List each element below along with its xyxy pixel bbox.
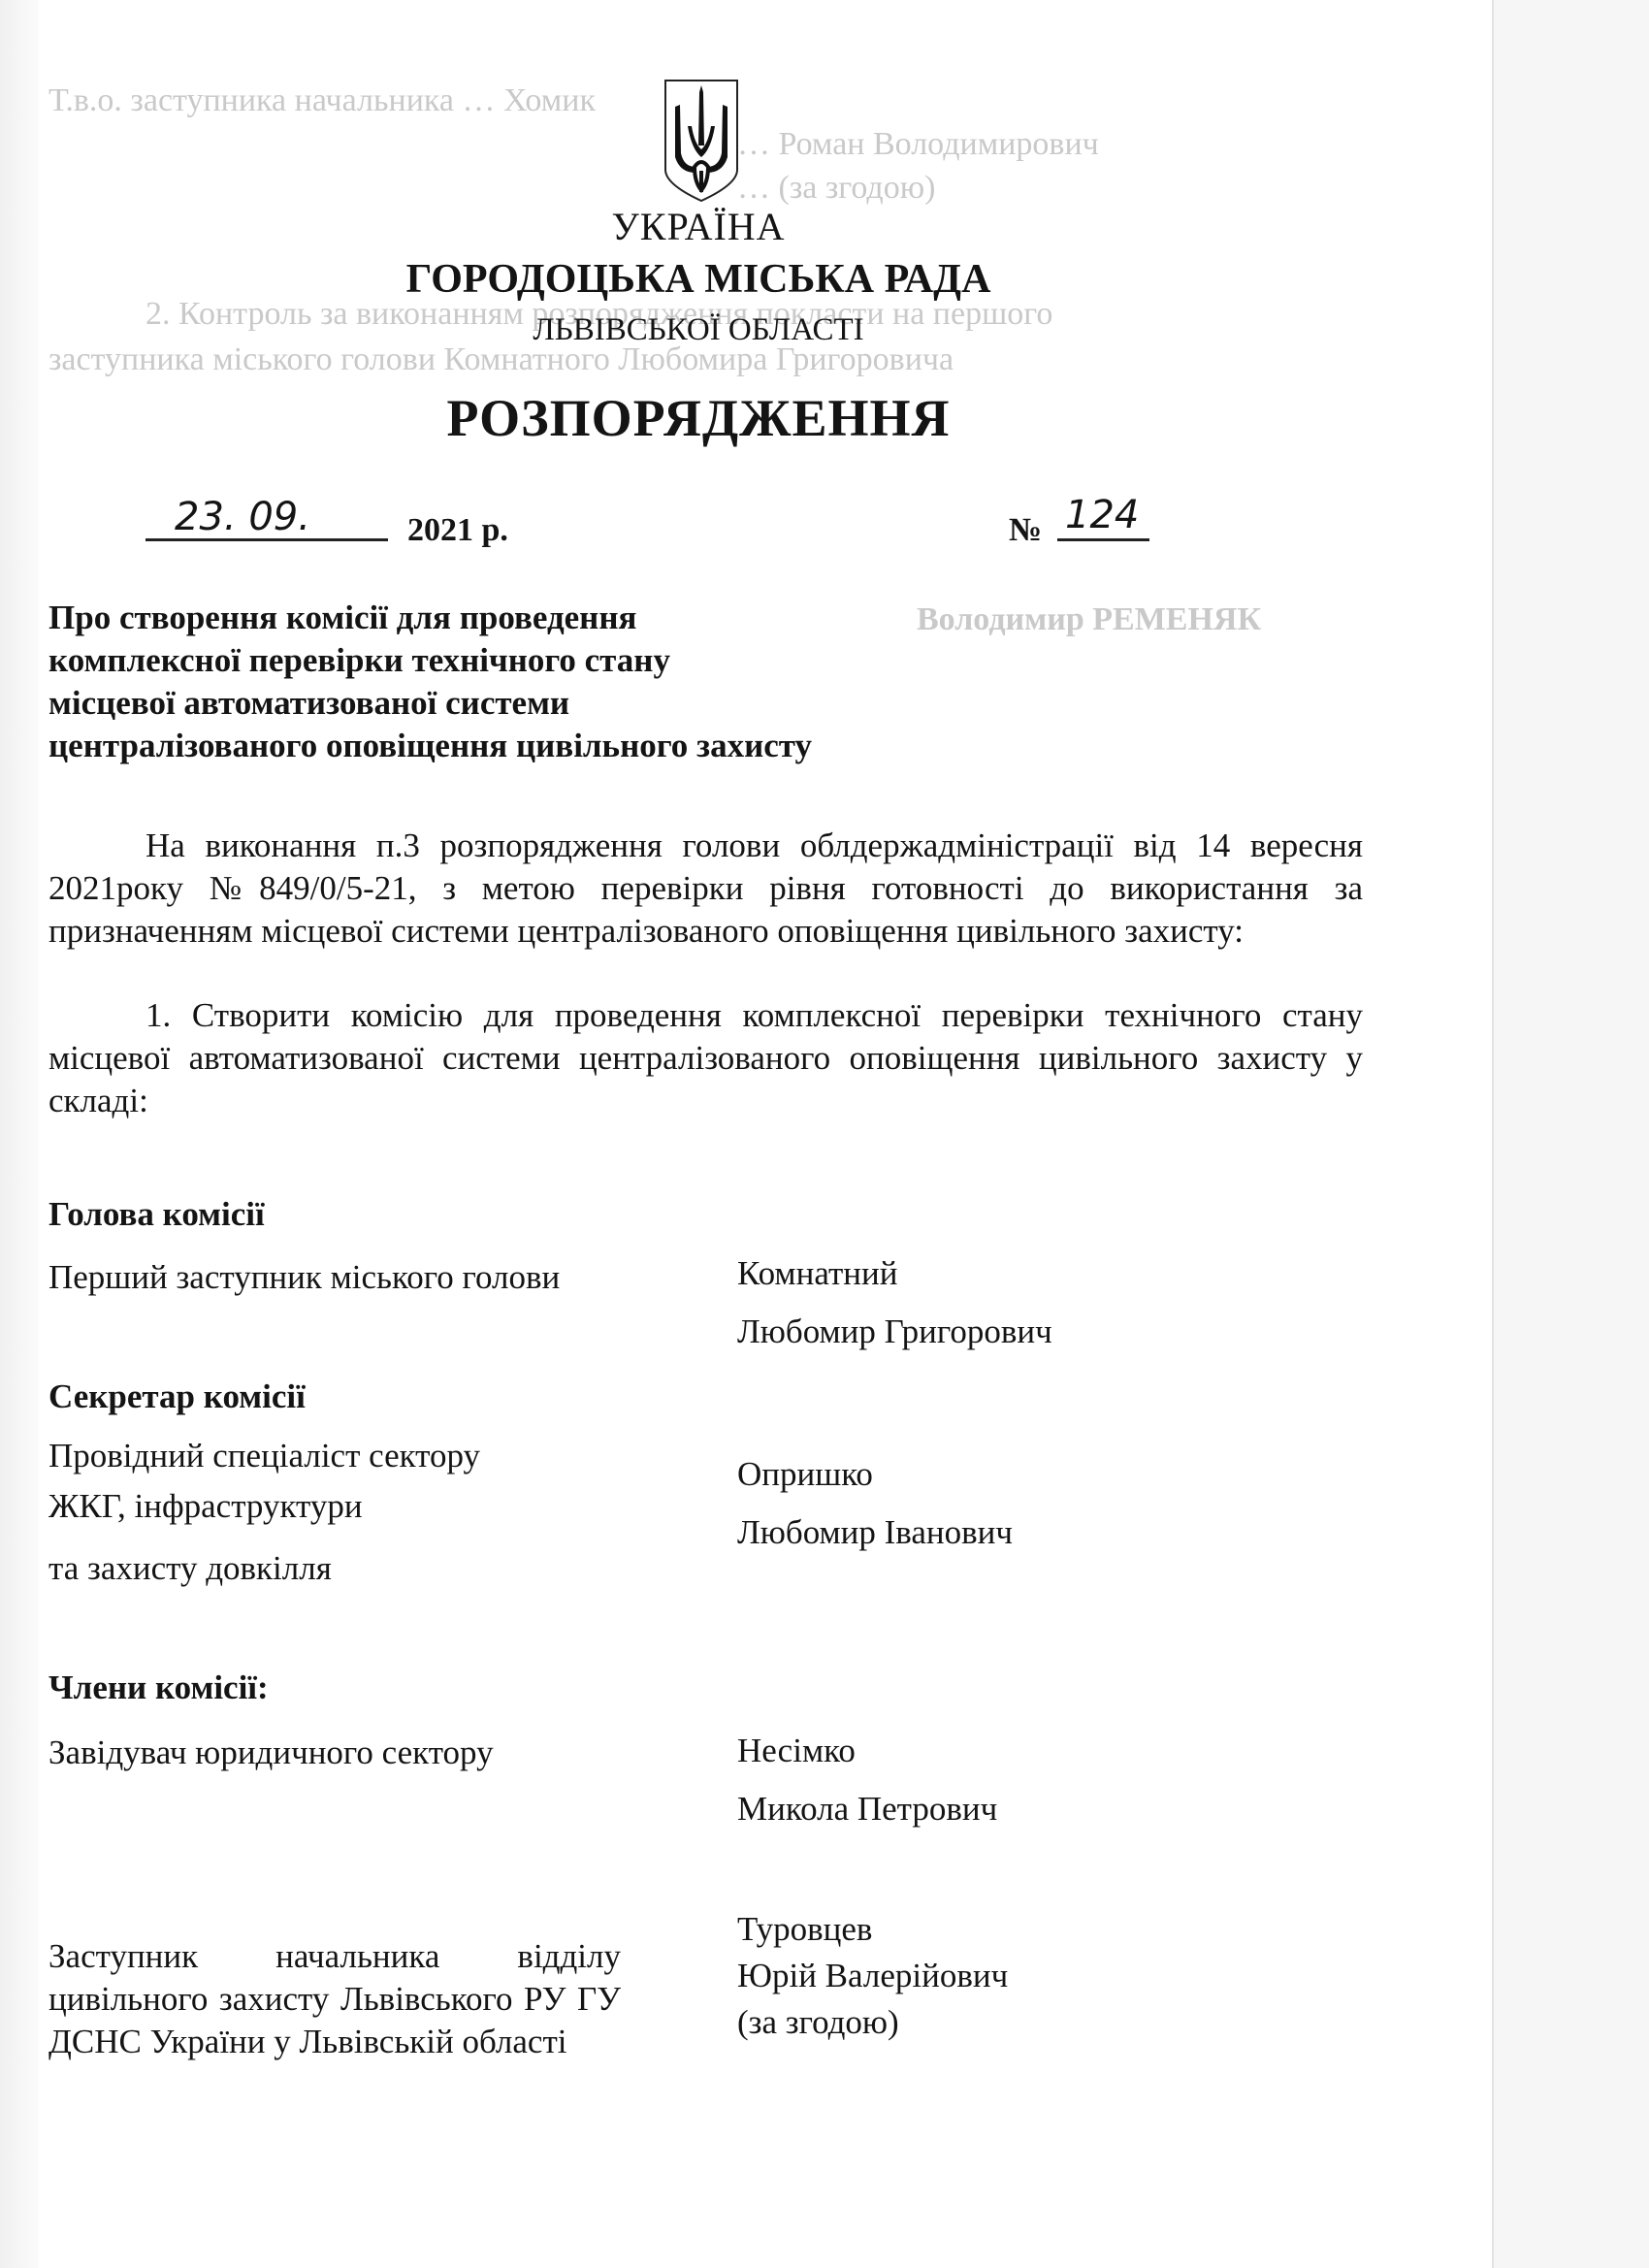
preamble-paragraph: На виконання п.3 розпорядження голови об…: [48, 825, 1363, 953]
title-line: Про створення комісії для проведення: [48, 597, 812, 639]
handwritten-number: 124: [1057, 493, 1149, 541]
trident-emblem-icon: [663, 78, 740, 204]
region-heading: ЛЬВІВСЬКОЇ ОБЛАСТІ: [0, 312, 1397, 348]
members-heading: Члени комісії:: [48, 1669, 269, 1707]
secretary-role-line: ЖКГ, інфраструктури: [48, 1481, 621, 1532]
council-heading: ГОРОДОЦЬКА МІСЬКА РАДА: [0, 256, 1397, 303]
title-line: комплексної перевірки технічного стану: [48, 639, 812, 682]
member-given-names: Юрій Валерійович: [737, 1953, 1008, 1999]
country-heading: УКРАЇНА: [0, 204, 1397, 249]
secretary-given-names: Любомир Іванович: [737, 1504, 1013, 1562]
secretary-surname: Опришко: [737, 1445, 1013, 1504]
document-title: Про створення комісії для проведення ком…: [48, 597, 812, 767]
member-surname: Туровцев: [737, 1906, 1008, 1953]
head-name: Комнатний Любомир Григорович: [737, 1245, 1052, 1361]
number-label: №: [1009, 512, 1042, 549]
bleed-signature-name: Володимир РЕМЕНЯК: [917, 601, 1261, 638]
title-line: централізованого оповіщення цивільного з…: [48, 725, 812, 767]
handwritten-date: 23. 09.: [145, 495, 388, 541]
member-given-names: Микола Петрович: [737, 1780, 997, 1838]
date-number-row: 23. 09. 2021 р. № 124: [145, 504, 1261, 563]
member-name: Туровцев Юрій Валерійович (за згодою): [737, 1906, 1008, 2046]
member-role: Заступник начальника відділу цивільного …: [48, 1935, 621, 2063]
head-given-names: Любомир Григорович: [737, 1303, 1052, 1361]
bleed-line: … (за згодою): [737, 170, 935, 207]
member-consent-note: (за згодою): [737, 1999, 1008, 2046]
scan-edge-right: [1492, 0, 1649, 2268]
member-name: Несімко Микола Петрович: [737, 1722, 997, 1838]
head-role: Перший заступник міського голови: [48, 1256, 621, 1299]
head-surname: Комнатний: [737, 1245, 1052, 1303]
item-1-paragraph: 1. Створити комісію для проведення компл…: [48, 994, 1363, 1122]
bleed-line: … Роман Володимирович: [737, 126, 1099, 163]
member-surname: Несімко: [737, 1722, 997, 1780]
document-type-heading: РОЗПОРЯДЖЕННЯ: [0, 388, 1397, 448]
title-line: місцевої автоматизованої системи: [48, 682, 812, 725]
bleed-line: Т.в.о. заступника начальника … Хомик: [48, 82, 596, 119]
secretary-role: Провідний спеціаліст сектору ЖКГ, інфрас…: [48, 1431, 621, 1594]
secretary-role-line: Провідний спеціаліст сектору: [48, 1431, 621, 1481]
head-heading: Голова комісії: [48, 1195, 265, 1234]
secretary-heading: Секретар комісії: [48, 1377, 306, 1416]
secretary-role-line: та захисту довкілля: [48, 1543, 621, 1594]
secretary-name: Опришко Любомир Іванович: [737, 1445, 1013, 1562]
date-year: 2021 р.: [407, 512, 508, 549]
member-role: Завідувач юридичного сектору: [48, 1732, 621, 1774]
